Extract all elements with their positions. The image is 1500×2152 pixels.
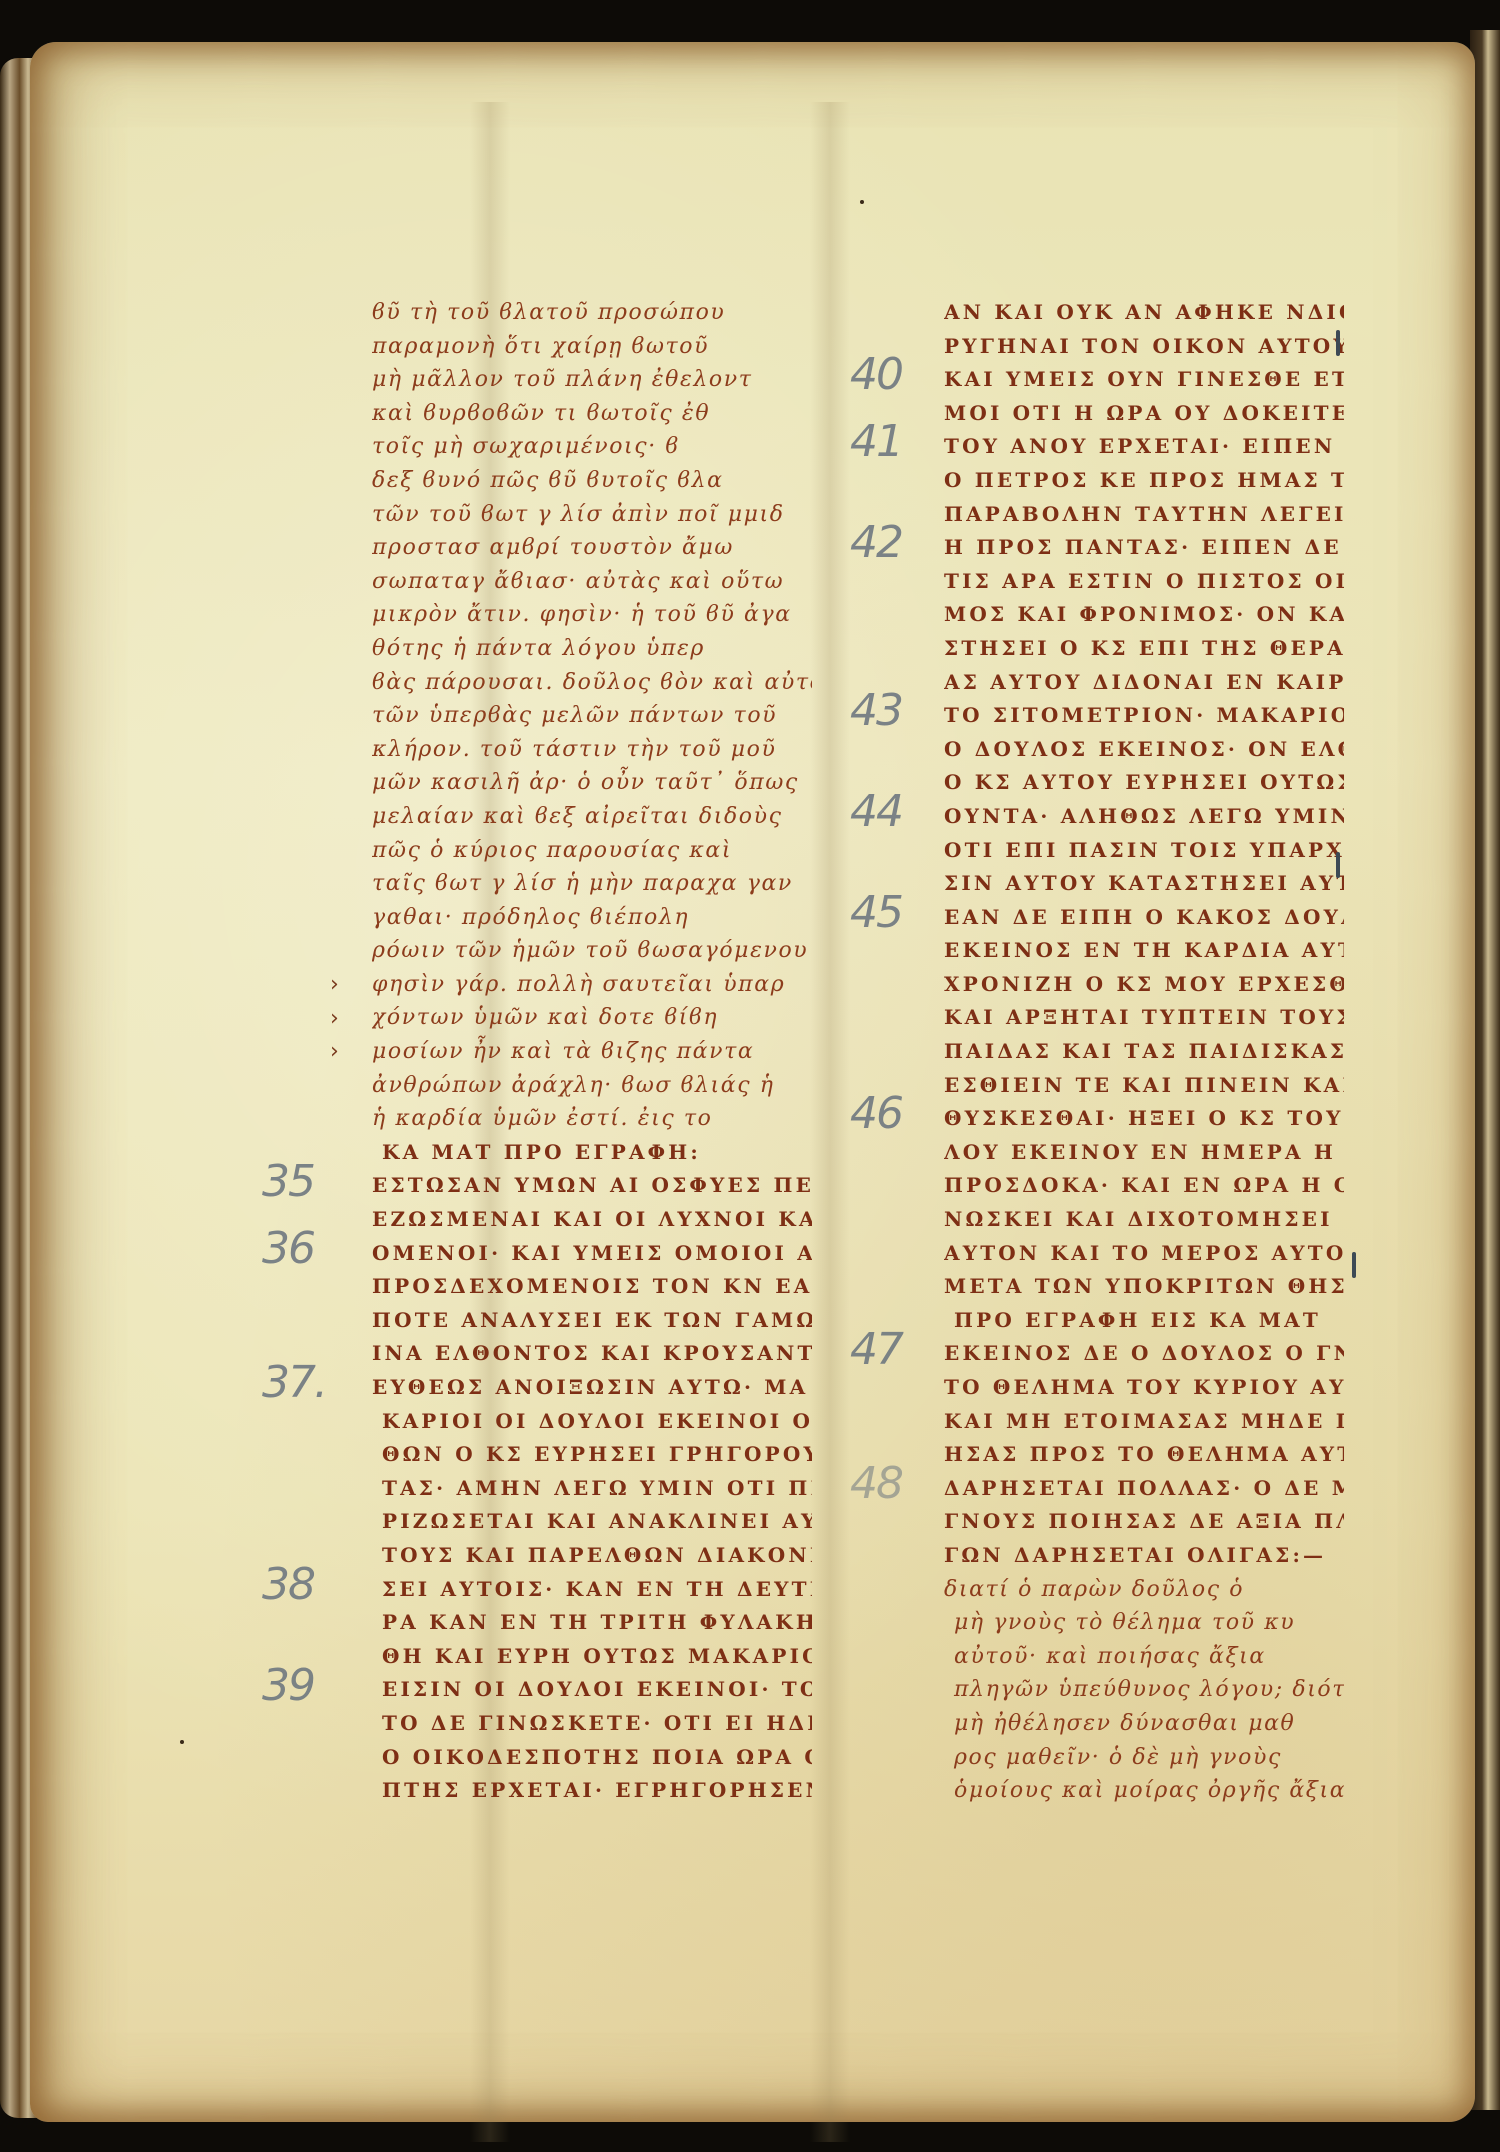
verse-number: 46 (850, 1088, 902, 1139)
verse-number: 36 (262, 1223, 314, 1274)
text-line: Ο ΠΕΤΡΟΣ ΚΕ ΠΡΟΣ ΗΜΑΣ ΤΗΝ (944, 464, 1344, 498)
text-line: ΚΑΙ ΜΗ ΕΤΟΙΜΑΣΑΣ ΜΗΔΕ ΠΟΙ (944, 1405, 1344, 1439)
text-line: Ο ΔΟΥΛΟΣ ΕΚΕΙΝΟΣ· ΟΝ ΕΛΘΩΝ (944, 733, 1344, 767)
text-line: ΛΟΥ ΕΚΕΙΝΟΥ ΕΝ ΗΜΕΡΑ Η ΟΥ (944, 1136, 1344, 1170)
text-line: τοῖς μὴ σωχαριμένοις· ϐ (372, 430, 812, 464)
text-line: ΧΡΟΝΙΖΗ Ο ΚΣ ΜΟΥ ΕΡΧΕΣΘΑΙ (944, 968, 1344, 1002)
verse-number: 48 (850, 1458, 902, 1509)
text-line: ΟΜΕΝΟΙ· ΚΑΙ ΥΜΕΙΣ ΟΜΟΙΟΙ ΑΝΟΙΣ (372, 1237, 812, 1271)
text-line: μελαίαν καὶ ϐεξ αἰρεῖται διδοὺς (372, 800, 812, 834)
text-line: χόντων ὑμῶν καὶ δοτε ϐίϐη (372, 1001, 812, 1035)
text-line: μικρὸν ἄτιν. φησὶν· ἡ τοῦ ϐῦ ἀγα (372, 598, 812, 632)
text-line: ΔΑΡΗΣΕΤΑΙ ΠΟΛΛΑΣ· Ο ΔΕ ΜΗ (944, 1472, 1344, 1506)
text-line: ΤΟΥΣ ΚΑΙ ΠΑΡΕΛΘΩΝ ΔΙΑΚΟΝΗ (372, 1539, 812, 1573)
text-line: τῶν τοῦ ϐωτ γ λίσ ἀπὶν ποῖ μμιδ (372, 498, 812, 532)
text-line: μοσίων ἦν καὶ τὰ ϐιζης πάντα (372, 1035, 812, 1069)
text-line: ΕΑΝ ΔΕ ΕΙΠΗ Ο ΚΑΚΟΣ ΔΟΥΛΟΣ (944, 901, 1344, 935)
text-line: ΤΑΣ· ΑΜΗΝ ΛΕΓΩ ΥΜΙΝ ΟΤΙ ΠΕ (372, 1472, 812, 1506)
text-line: διατί ὁ παρὼν δοῦλος ὁ (944, 1573, 1344, 1607)
text-line: ΕΚΕΙΝΟΣ ΕΝ ΤΗ ΚΑΡΔΙΑ ΑΥΤΟΥ (944, 934, 1344, 968)
text-line: ΓΩΝ ΔΑΡΗΣΕΤΑΙ ΟΛΙΓΑΣ:— (944, 1539, 1344, 1573)
text-line: ΘΗ ΚΑΙ ΕΥΡΗ ΟΥΤΩΣ ΜΑΚΑΡΙΟΙ (372, 1640, 812, 1674)
text-line: ΜΟΙ ΟΤΙ Η ΩΡΑ ΟΥ ΔΟΚΕΙΤΕ Ο ΥΣ (944, 397, 1344, 431)
text-line: ΜΟΣ ΚΑΙ ΦΡΟΝΙΜΟΣ· ΟΝ ΚΑΤΑ (944, 598, 1344, 632)
manuscript-scan: ϐῦ τὴ τοῦ ϐλατοῦ προσώπουπαραμονὴ ὅτι χα… (0, 0, 1500, 2152)
verse-number: 41 (850, 416, 902, 467)
text-line: ΕΣΘΙΕΙΝ ΤΕ ΚΑΙ ΠΙΝΕΙΝ ΚΑΙ ΜΕ (944, 1069, 1344, 1103)
text-line: ΠΟΤΕ ΑΝΑΛΥΣΕΙ ΕΚ ΤΩΝ ΓΑΜΩΝ (372, 1304, 812, 1338)
verse-number: 37. (262, 1357, 326, 1408)
text-line: ΜΕΤΑ ΤΩΝ ΥΠΟΚΡΙΤΩΝ ΘΗΣΕΙ· (944, 1270, 1344, 1304)
text-line: ΕΚΕΙΝΟΣ ΔΕ Ο ΔΟΥΛΟΣ Ο ΓΝΟΥΣ (944, 1337, 1344, 1371)
text-line: παραμονὴ ὅτι χαίρῃ ϐωτοῦ (372, 330, 812, 364)
text-line: ΕΣΤΩΣΑΝ ΥΜΩΝ ΑΙ ΟΣΦΥΕΣ ΠΕΡΙ (372, 1169, 812, 1203)
text-line: ΡΙΖΩΣΕΤΑΙ ΚΑΙ ΑΝΑΚΛΙΝΕΙ ΑΥ (372, 1505, 812, 1539)
text-line: ΟΥΝΤΑ· ΑΛΗΘΩΣ ΛΕΓΩ ΥΜΙΝ (944, 800, 1344, 834)
text-line: ρος μαθεῖν· ὁ δὲ μὴ γνοὺς (944, 1741, 1344, 1775)
verse-number: 47 (850, 1324, 902, 1375)
pencil-tick-mark (1352, 1252, 1356, 1278)
text-line: ΑΣ ΑΥΤΟΥ ΔΙΔΟΝΑΙ ΕΝ ΚΑΙΡΩ (944, 666, 1344, 700)
text-line: ρόωιν τῶν ἡμῶν τοῦ ϐωσαγόμενου (372, 934, 812, 968)
text-line: ϐῦ τὴ τοῦ ϐλατοῦ προσώπου (372, 296, 812, 330)
text-line: ϐὰς πάρουσαι. δοῦλος ϐὸν καὶ αὐτοῦ (372, 666, 812, 700)
text-line: ΘΩΝ Ο ΚΣ ΕΥΡΗΣΕΙ ΓΡΗΓΟΡΟΥΝ (372, 1438, 812, 1472)
text-line: κλήρον. τοῦ τάστιν τὴν τοῦ μοῦ (372, 733, 812, 767)
text-line: ΘΥΣΚΕΣΘΑΙ· ΗΞΕΙ Ο ΚΣ ΤΟΥ ΔΟΥ (944, 1102, 1344, 1136)
text-line: ΤΟ ΘΕΛΗΜΑ ΤΟΥ ΚΥΡΙΟΥ ΑΥΤΟΥ (944, 1371, 1344, 1405)
text-line: μὴ γνοὺς τὸ θέλημα τοῦ κυ (944, 1606, 1344, 1640)
verse-number: 39 (262, 1660, 314, 1711)
text-line: ΣΕΙ ΑΥΤΟΙΣ· ΚΑΝ ΕΝ ΤΗ ΔΕΥΤΕ (372, 1573, 812, 1607)
fold-crease (810, 102, 850, 2142)
text-line: ΠΑΡΑΒΟΛΗΝ ΤΑΥΤΗΝ ΛΕΓΕΙΣ (944, 498, 1344, 532)
text-line: ΚΑΙ ΥΜΕΙΣ ΟΥΝ ΓΙΝΕΣΘΕ ΕΤΟΙ (944, 363, 1344, 397)
stain-dot (180, 1740, 184, 1744)
text-line: ΠΡΟΣΔΟΚΑ· ΚΑΙ ΕΝ ΩΡΑ Η ΟΥ ΓΙ (944, 1169, 1344, 1203)
text-line: ΚΑΡΙΟΙ ΟΙ ΔΟΥΛΟΙ ΕΚΕΙΝΟΙ ΟΥΣ ΕΛ (372, 1405, 812, 1439)
text-line: ΝΩΣΚΕΙ ΚΑΙ ΔΙΧΟΤΟΜΗΣΕΙ (944, 1203, 1344, 1237)
text-line: ΑΥΤΟΝ ΚΑΙ ΤΟ ΜΕΡΟΣ ΑΥΤΟΥ (944, 1237, 1344, 1271)
text-line: σωπαταγ ἄϐιασ· αὐτὰς καὶ οὕτω (372, 565, 812, 599)
text-line: πῶς ὁ κύριος παρουσίας καὶ (372, 834, 812, 868)
verse-number: 43 (850, 685, 902, 736)
text-line: φησὶν γάρ. πολλὴ σαυτεῖαι ὑπαρ (372, 968, 812, 1002)
text-line: ἡ καρδία ὑμῶν ἐστί. ἐις το (372, 1102, 812, 1136)
text-line: μῶν κασιλῆ ἀρ· ὁ οὖν ταῦτ᾽ ὅπως (372, 766, 812, 800)
verse-number: 38 (262, 1559, 314, 1610)
text-line: ΠΡΟ ΕΓΡΑΦΗ ΕΙΣ ΚΑ ΜΑΤ (944, 1304, 1344, 1338)
text-line: πληγῶν ὑπεύθυνος λόγου; διότι (944, 1673, 1344, 1707)
text-line: μὴ μᾶλλον τοῦ πλάνη ἐθελοντ (372, 363, 812, 397)
text-line: ΡΥΓΗΝΑΙ ΤΟΝ ΟΙΚΟΝ ΑΥΤΟΥ· (944, 330, 1344, 364)
text-line: ΤΟ ΣΙΤΟΜΕΤΡΙΟΝ· ΜΑΚΑΡΙΟΣ (944, 699, 1344, 733)
text-line: ΚΑΙ ΑΡΞΗΤΑΙ ΤΥΠΤΕΙΝ ΤΟΥΣ (944, 1001, 1344, 1035)
diple-mark: › (330, 1039, 339, 1064)
text-line: ΚΑ ΜΑΤ ΠΡΟ ΕΓΡΑΦΗ: (372, 1136, 812, 1170)
text-line: καὶ ϐυρϐοϐῶν τι ϐωτοῖς ἐθ (372, 397, 812, 431)
text-line: γαθαι· πρόδηλος ϐιέπολη (372, 901, 812, 935)
verse-number: 40 (850, 349, 902, 400)
text-line: ταῖς ϐωτ γ λίσ ἡ μὴν παραχα γαν (372, 867, 812, 901)
text-line: ΕΥΘΕΩΣ ΑΝΟΙΞΩΣΙΝ ΑΥΤΩ· ΜΑ (372, 1371, 812, 1405)
verse-number: 35 (262, 1156, 314, 1207)
text-line: ΕΖΩΣΜΕΝΑΙ ΚΑΙ ΟΙ ΛΥΧΝΟΙ ΚΑΙ (372, 1203, 812, 1237)
text-line: ΕΙΣΙΝ ΟΙ ΔΟΥΛΟΙ ΕΚΕΙΝΟΙ· ΤΟΥ (372, 1673, 812, 1707)
text-line: ἀνθρώπων ἀράχλη· ϐωσ ϐλιάς ἡ (372, 1069, 812, 1103)
text-line: ΠΡΟΣΔΕΧΟΜΕΝΟΙΣ ΤΟΝ ΚΝ ΕΑΥΤΩΝ· (372, 1270, 812, 1304)
text-line: τῶν ὑπερϐὰς μελῶν πάντων τοῦ (372, 699, 812, 733)
text-line: Η ΠΡΟΣ ΠΑΝΤΑΣ· ΕΙΠΕΝ ΔΕ Ο ΚΣ (944, 531, 1344, 565)
text-line: προστασ αμϐρί τουστὸν ἄμω (372, 531, 812, 565)
text-line: ΙΝΑ ΕΛΘΟΝΤΟΣ ΚΑΙ ΚΡΟΥΣΑΝΤΟΣ (372, 1337, 812, 1371)
diple-mark: › (330, 1006, 339, 1031)
text-line: αὐτοῦ· καὶ ποιήσας ἄξια (944, 1640, 1344, 1674)
text-line: ΗΣΑΣ ΠΡΟΣ ΤΟ ΘΕΛΗΜΑ ΑΥΤΟΥ (944, 1438, 1344, 1472)
text-line: δεξ ϐυνό πῶς ϐῦ ϐυτοῖς ϐλα (372, 464, 812, 498)
pencil-tick-mark (1336, 852, 1340, 878)
stain-dot (860, 200, 864, 204)
text-column-left: ϐῦ τὴ τοῦ ϐλατοῦ προσώπουπαραμονὴ ὅτι χα… (372, 296, 812, 1808)
text-line: μὴ ἠθέλησεν δύνασθαι μαθ (944, 1707, 1344, 1741)
text-line: ΠΑΙΔΑΣ ΚΑΙ ΤΑΣ ΠΑΙΔΙΣΚΑΣ (944, 1035, 1344, 1069)
text-line: Ο ΚΣ ΑΥΤΟΥ ΕΥΡΗΣΕΙ ΟΥΤΩΣ ΠΟΙ (944, 766, 1344, 800)
text-line: ΑΝ ΚΑΙ ΟΥΚ ΑΝ ΑΦΗΚΕ ΝΔΙΟ (944, 296, 1344, 330)
text-column-right: ΑΝ ΚΑΙ ΟΥΚ ΑΝ ΑΦΗΚΕ ΝΔΙΟΡΥΓΗΝΑΙ ΤΟΝ ΟΙΚΟ… (944, 296, 1344, 1808)
verse-number: 44 (850, 786, 902, 837)
text-line: ΤΙΣ ΑΡΑ ΕΣΤΙΝ Ο ΠΙΣΤΟΣ ΟΙΚΟΝΟ (944, 565, 1344, 599)
text-line: ΠΤΗΣ ΕΡΧΕΤΑΙ· ΕΓΡΗΓΟΡΗΣΕΝ (372, 1774, 812, 1808)
text-line: ΤΟ ΔΕ ΓΙΝΩΣΚΕΤΕ· ΟΤΙ ΕΙ ΗΔΕΙ (372, 1707, 812, 1741)
text-line: Ο ΟΙΚΟΔΕΣΠΟΤΗΣ ΠΟΙΑ ΩΡΑ Ο ΚΛΕ (372, 1741, 812, 1775)
text-line: θότης ἡ πάντα λόγου ὑπερ (372, 632, 812, 666)
text-line: ΣΤΗΣΕΙ Ο ΚΣ ΕΠΙ ΤΗΣ ΘΕΡΑΠΕΙ (944, 632, 1344, 666)
text-line: ΤΟΥ ΑΝΟΥ ΕΡΧΕΤΑΙ· ΕΙΠΕΝ ΔΕ (944, 430, 1344, 464)
text-line: ὁμοίους καὶ μοίρας ὀργῆς ἄξιαι (944, 1774, 1344, 1808)
verse-number: 45 (850, 887, 902, 938)
text-line: ΓΝΟΥΣ ΠΟΙΗΣΑΣ ΔΕ ΑΞΙΑ ΠΛΗ (944, 1505, 1344, 1539)
text-line: ΟΤΙ ΕΠΙ ΠΑΣΙΝ ΤΟΙΣ ΥΠΑΡΧΟΥ (944, 834, 1344, 868)
text-line: ΡΑ ΚΑΝ ΕΝ ΤΗ ΤΡΙΤΗ ΦΥΛΑΚΗ ΕΛ (372, 1606, 812, 1640)
diple-mark: › (330, 972, 339, 997)
verse-number: 42 (850, 517, 902, 568)
pencil-tick-mark (1336, 330, 1340, 356)
text-line: ΣΙΝ ΑΥΤΟΥ ΚΑΤΑΣΤΗΣΕΙ ΑΥΤΟΝ· (944, 867, 1344, 901)
